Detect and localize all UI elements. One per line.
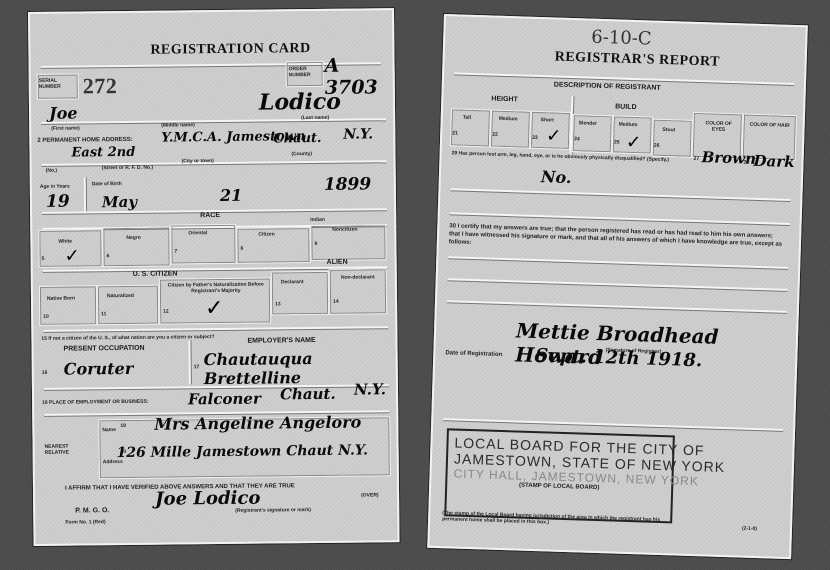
occupation-value: Coruter: [64, 359, 134, 379]
race-oriental-label: Oriental: [188, 230, 207, 236]
height-short-label: Short: [541, 117, 554, 123]
num-22: 22: [492, 132, 498, 138]
eye-color-number: 27: [693, 156, 699, 162]
last-name-label: (Last name): [301, 115, 329, 121]
signature-label: (Registrant's signature or mark): [235, 507, 311, 514]
race-num-6: 6: [107, 253, 110, 259]
race-citizen-label: Citizen: [258, 231, 274, 237]
age-value: 19: [46, 192, 70, 212]
serial-number: 272: [83, 73, 118, 99]
cit-num-12: 12: [163, 309, 169, 315]
non-declarant-label: Non-declarant: [335, 274, 381, 280]
address-sublabel-no: (No.): [46, 168, 57, 174]
footer-code: (2-1-0): [742, 526, 757, 532]
order-number-label: ORDER NUMBER: [289, 66, 321, 78]
serial-number-label: SERIAL NUMBER: [39, 78, 75, 90]
place-employment-state: N.Y.: [354, 380, 386, 398]
home-address-label: 2 PERMANENT HOME ADDRESS:: [37, 137, 133, 144]
citizen-by-father-label: Citizen by Father's Naturalization Befor…: [167, 282, 265, 295]
us-citizen-label: U. S. CITIZEN: [133, 270, 178, 277]
race-indian-label: Indian: [310, 217, 325, 223]
place-employment-city: Falconer: [188, 390, 261, 409]
hair-color-label: COLOR OF HAIR: [749, 122, 791, 129]
date-label: Date of Registration: [445, 350, 502, 358]
height-medium-label: Medium: [499, 116, 518, 123]
build-label: BUILD: [615, 103, 637, 111]
employer-label: EMPLOYER'S NAME: [247, 337, 315, 345]
home-address-street: East 2nd: [71, 145, 135, 161]
address-sublabel-street: (Street or R. F. D. No.): [102, 165, 153, 172]
local-board-stamp: LOCAL BOARD FOR THE CITY OF JAMESTOWN, S…: [444, 428, 675, 523]
employer-number: 17: [194, 364, 200, 370]
build-slender-label: Slender: [579, 120, 598, 127]
alien-label: ALIEN: [327, 259, 348, 266]
race-num-5: 5: [42, 256, 45, 262]
relative-name: Mrs Angeline Angeloro: [154, 413, 361, 434]
hair-color-value: Dark: [753, 152, 795, 171]
address-sublabel-county: (County): [291, 151, 312, 157]
dob-day: 21: [220, 186, 242, 205]
build-medium-label: Medium: [619, 122, 638, 129]
place-employment-label: 18 PLACE OF EMPLOYMENT OR BUSINESS:: [42, 399, 148, 406]
relative-address: 126 Mille Jamestown Chaut N.Y.: [117, 442, 368, 461]
race-num-8: 8: [240, 246, 243, 252]
dob-year: 1899: [324, 174, 372, 194]
address-sublabel-city: (City or town): [182, 158, 214, 164]
description-title: DESCRIPTION OF REGISTRANT: [554, 81, 661, 91]
native-born-label: Native Born: [47, 296, 75, 302]
occupation-number: 16: [42, 370, 48, 376]
relative-name-label: Name: [102, 427, 116, 433]
occupation-label: PRESENT OCCUPATION: [63, 345, 144, 353]
disability-answer: No.: [541, 167, 572, 187]
checkmark-icon: ✓: [205, 296, 224, 321]
hair-color-number: 28: [743, 159, 749, 165]
cit-num-11: 11: [101, 311, 106, 317]
home-address-state: N.Y.: [343, 126, 373, 142]
card-title: REGISTRATION CARD: [150, 41, 310, 59]
race-num-7: 7: [174, 248, 177, 254]
eye-color-label: COLOR OF EYES: [698, 120, 738, 133]
race-title: RACE: [200, 212, 220, 219]
relative-name-number: 19: [120, 423, 126, 429]
race-num-9: 9: [314, 241, 317, 247]
cit-num-13: 13: [275, 301, 281, 307]
num-25: 25: [614, 139, 620, 145]
cit-num-14: 14: [333, 299, 339, 305]
checkmark-icon: ✓: [626, 132, 642, 153]
age-label: Age in Years: [40, 184, 70, 190]
middle-name-label: (Middle name): [161, 122, 195, 128]
cit-num-10: 10: [43, 314, 49, 320]
nearest-relative-label: NEAREST RELATIVE: [45, 443, 89, 455]
first-name-label: (First name): [51, 125, 80, 131]
registrars-report-card: 6-10-C REGISTRAR'S REPORT DESCRIPTION OF…: [427, 14, 808, 559]
height-label: HEIGHT: [491, 96, 518, 104]
num-26: 26: [654, 143, 660, 149]
dob-month: May: [102, 193, 137, 211]
form-code: (OVER): [361, 492, 379, 498]
certify-text: 30 I certify that my answers are true; t…: [449, 222, 786, 257]
num-24: 24: [574, 136, 580, 142]
race-noncitizen-label: Noncitizen: [332, 227, 357, 233]
place-employment-county: Chaut.: [280, 385, 336, 404]
height-tall-label: Tall: [463, 115, 471, 121]
registration-card: REGISTRATION CARD SERIAL NUMBER 272 ORDE…: [28, 8, 400, 546]
naturalized-label: Naturalized: [107, 293, 134, 299]
race-white-label: White: [58, 239, 72, 245]
num-23: 23: [532, 135, 538, 141]
checkmark-icon: ✓: [546, 125, 562, 146]
race-negro-label: Negro: [126, 235, 141, 241]
build-stout-label: Stout: [662, 127, 675, 133]
num-21: 21: [452, 130, 458, 136]
form-pmgo: P. M. G. O.: [75, 507, 109, 514]
checkmark-icon: ✓: [64, 245, 79, 266]
stamp-number: 6-10-C: [591, 27, 652, 50]
declarant-label: Declarant: [281, 279, 304, 285]
first-name: Joe: [49, 103, 78, 122]
registrant-signature: Joe Lodico: [155, 488, 261, 510]
home-address-county: Chaut.: [273, 131, 321, 147]
dob-label: Date of Birth: [92, 181, 122, 187]
form-number: Form No. 1 (Red): [65, 519, 105, 525]
report-title: REGISTRAR'S REPORT: [554, 50, 720, 71]
last-name: Lodico: [259, 89, 341, 116]
